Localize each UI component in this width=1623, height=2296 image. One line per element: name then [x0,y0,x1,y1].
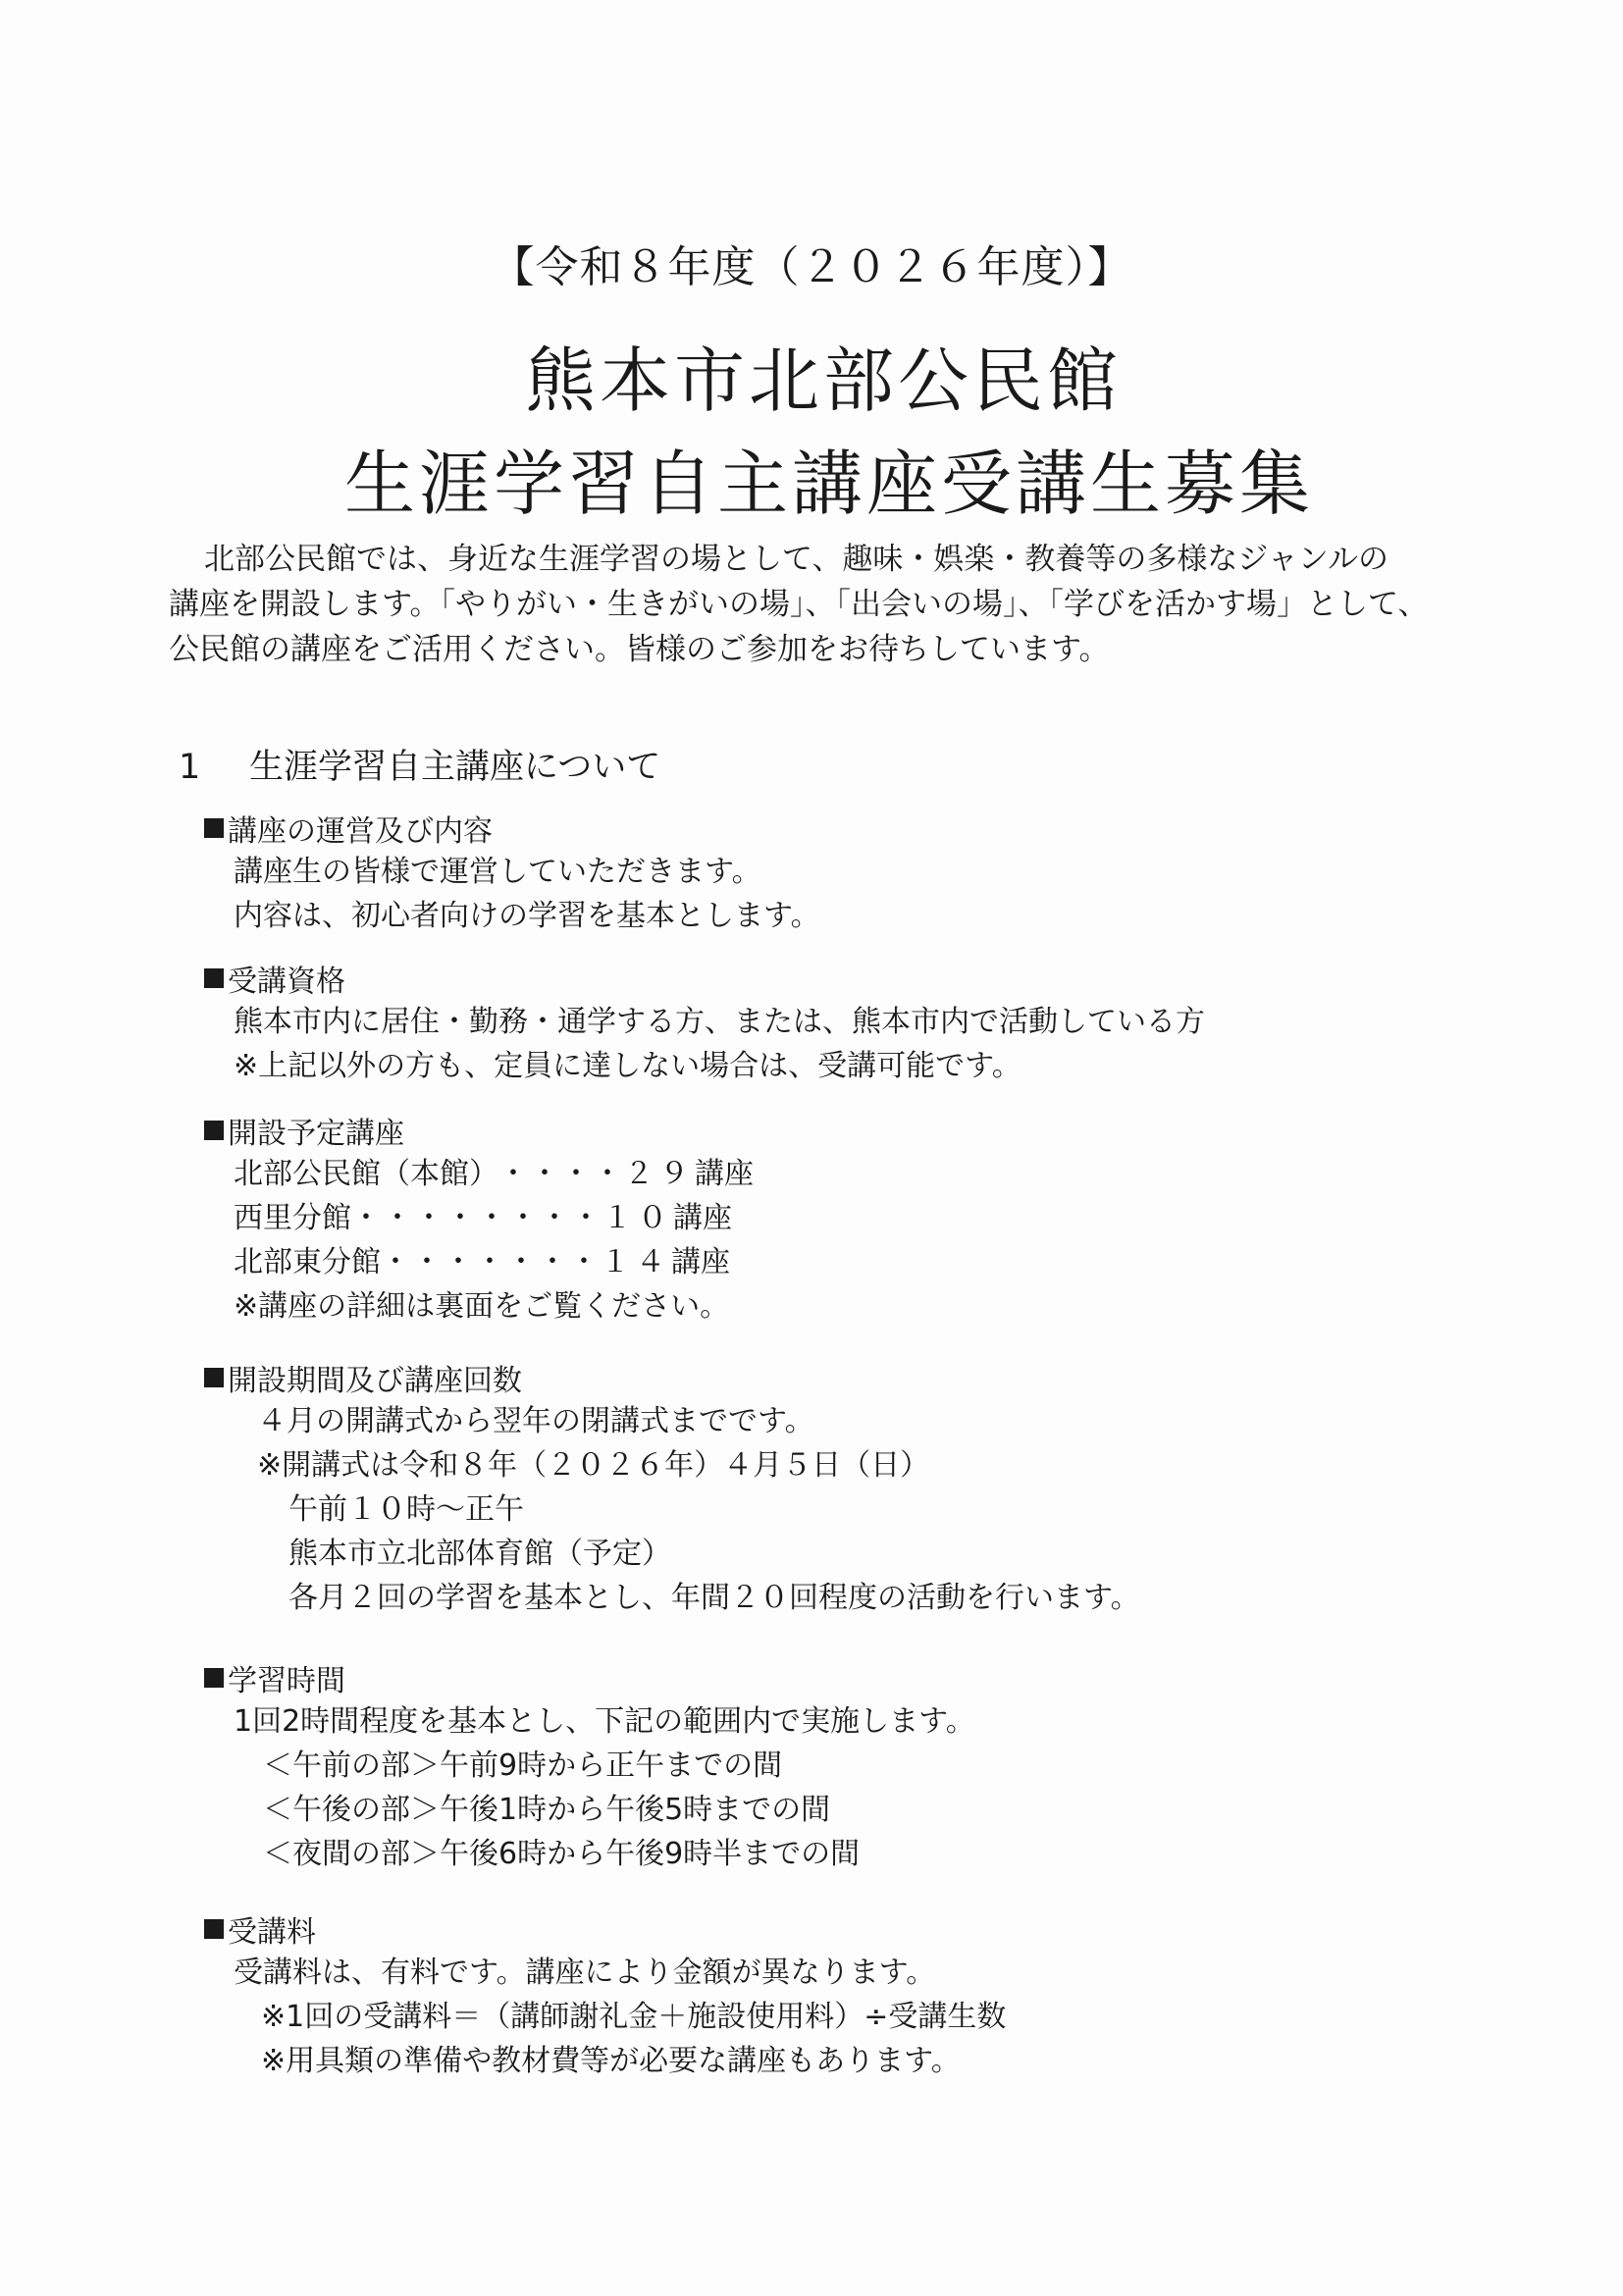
eligibility-line: ※上記以外の方も、定員に達しない場合は、受講可能です。 [204,1044,1205,1088]
intro-line: 公民館の講座をご活用ください。皆様のご参加をお待ちしています。 [169,627,1464,672]
leader-dots: ・・・・ [498,1152,624,1196]
eligibility-heading-text: 受講資格 [228,957,345,1000]
section-number: 1 [179,748,249,787]
period-line: ４月の開講式から翌年の閉講式までです。 [204,1399,1140,1443]
period-heading: 開設期間及び講座回数 [204,1356,1140,1399]
square-bullet-icon [204,1919,224,1939]
eligibility-block: 受講資格 熊本市内に居住・勤務・通学する方、または、熊本市内で活動している方 ※… [204,957,1205,1088]
leader-dots: ・・・・・・・・ [351,1196,602,1240]
fee-note: ※用具類の準備や教材費等が必要な講座もあります。 [204,2039,1006,2083]
venue-name: 北部公民館（本館） [234,1152,498,1196]
study-time-block: 学習時間 1回2時間程度を基本とし、下記の範囲内で実施します。 ＜午前の部＞午前… [204,1656,975,1876]
venue-name: 北部東分館 [234,1240,381,1284]
study-time-heading-text: 学習時間 [228,1656,345,1699]
study-time-slot: ＜夜間の部＞午後6時から午後9時半までの間 [204,1832,975,1876]
course-venue-row: 北部東分館 ・・・・・・・ １４ 講座 [204,1240,754,1284]
course-unit: 講座 [673,1196,732,1240]
planned-courses-note: ※講座の詳細は裏面をご覧ください。 [204,1284,754,1329]
square-bullet-icon [204,1668,224,1688]
course-venue-row: 西里分館 ・・・・・・・・ １０ 講座 [204,1196,754,1240]
course-unit: 講座 [695,1152,754,1196]
operation-heading-text: 講座の運営及び内容 [228,807,493,850]
period-block: 開設期間及び講座回数 ４月の開講式から翌年の閉講式までです。 ※開講式は令和８年… [204,1356,1140,1620]
square-bullet-icon [204,1121,224,1140]
intro-line: 講座を開設します。「やりがい・生きがいの場」、「出会いの場」、「学びを活かす場」… [169,582,1464,627]
period-line: ※開講式は令和８年（２０２６年）４月５日（日） [204,1443,1140,1487]
section-heading: 1生涯学習自主講座について [179,740,660,789]
period-line: 各月２回の学習を基本とし、年間２０回程度の活動を行います。 [204,1576,1140,1620]
operation-line: 講座生の皆様で運営していただきます。 [204,850,820,894]
eligibility-heading: 受講資格 [204,957,1205,1000]
period-line: 熊本市立北部体育館（予定） [204,1532,1140,1576]
page-title-line1: 熊本市北部公民館 [12,324,1623,426]
fee-block: 受講料 受講料は、有料です。講座により金額が異なります。 ※1回の受講料＝（講師… [204,1907,1006,2083]
leader-dots: ・・・・・・・ [381,1240,601,1284]
period-line: 午前１０時～正午 [204,1487,1140,1532]
operation-block: 講座の運営及び内容 講座生の皆様で運営していただきます。 内容は、初心者向けの学… [204,807,820,938]
operation-line: 内容は、初心者向けの学習を基本とします。 [204,894,820,938]
planned-courses-heading-text: 開設予定講座 [228,1109,404,1152]
study-time-heading: 学習時間 [204,1656,975,1699]
study-time-slot: ＜午前の部＞午前9時から正午までの間 [204,1744,975,1788]
study-time-line: 1回2時間程度を基本とし、下記の範囲内で実施します。 [204,1699,975,1744]
planned-courses-heading: 開設予定講座 [204,1109,754,1152]
eligibility-line: 熊本市内に居住・勤務・通学する方、または、熊本市内で活動している方 [204,1000,1205,1044]
operation-heading: 講座の運営及び内容 [204,807,820,850]
course-count: ２９ [624,1152,695,1196]
course-unit: 講座 [671,1240,730,1284]
intro-line: 北部公民館では、身近な生涯学習の場として、趣味・娯楽・教養等の多様なジャンルの [169,537,1464,582]
course-count: １０ [602,1196,673,1240]
course-venue-row: 北部公民館（本館） ・・・・ ２９ 講座 [204,1152,754,1196]
page-title-line2: 生涯学習自主講座受講生募集 [18,427,1623,529]
document-page: 【令和８年度（２０２６年度）】 熊本市北部公民館 生涯学習自主講座受講生募集 北… [0,0,1623,2296]
planned-courses-block: 開設予定講座 北部公民館（本館） ・・・・ ２９ 講座 西里分館 ・・・・・・・… [204,1109,754,1329]
fee-note: ※1回の受講料＝（講師謝礼金＋施設使用料）÷受講生数 [204,1995,1006,2039]
section-title: 生涯学習自主講座について [249,748,660,787]
course-count: １４ [601,1240,671,1284]
intro-paragraph: 北部公民館では、身近な生涯学習の場として、趣味・娯楽・教養等の多様なジャンルの … [169,537,1464,672]
fiscal-year-label: 【令和８年度（２０２６年度）】 [0,232,1623,294]
square-bullet-icon [204,968,224,988]
fee-heading-text: 受講料 [228,1907,316,1951]
square-bullet-icon [204,818,224,838]
fee-line: 受講料は、有料です。講座により金額が異なります。 [204,1951,1006,1995]
fee-heading: 受講料 [204,1907,1006,1951]
period-heading-text: 開設期間及び講座回数 [228,1356,522,1399]
square-bullet-icon [204,1368,224,1387]
study-time-slot: ＜午後の部＞午後1時から午後5時までの間 [204,1788,975,1832]
venue-name: 西里分館 [234,1196,351,1240]
